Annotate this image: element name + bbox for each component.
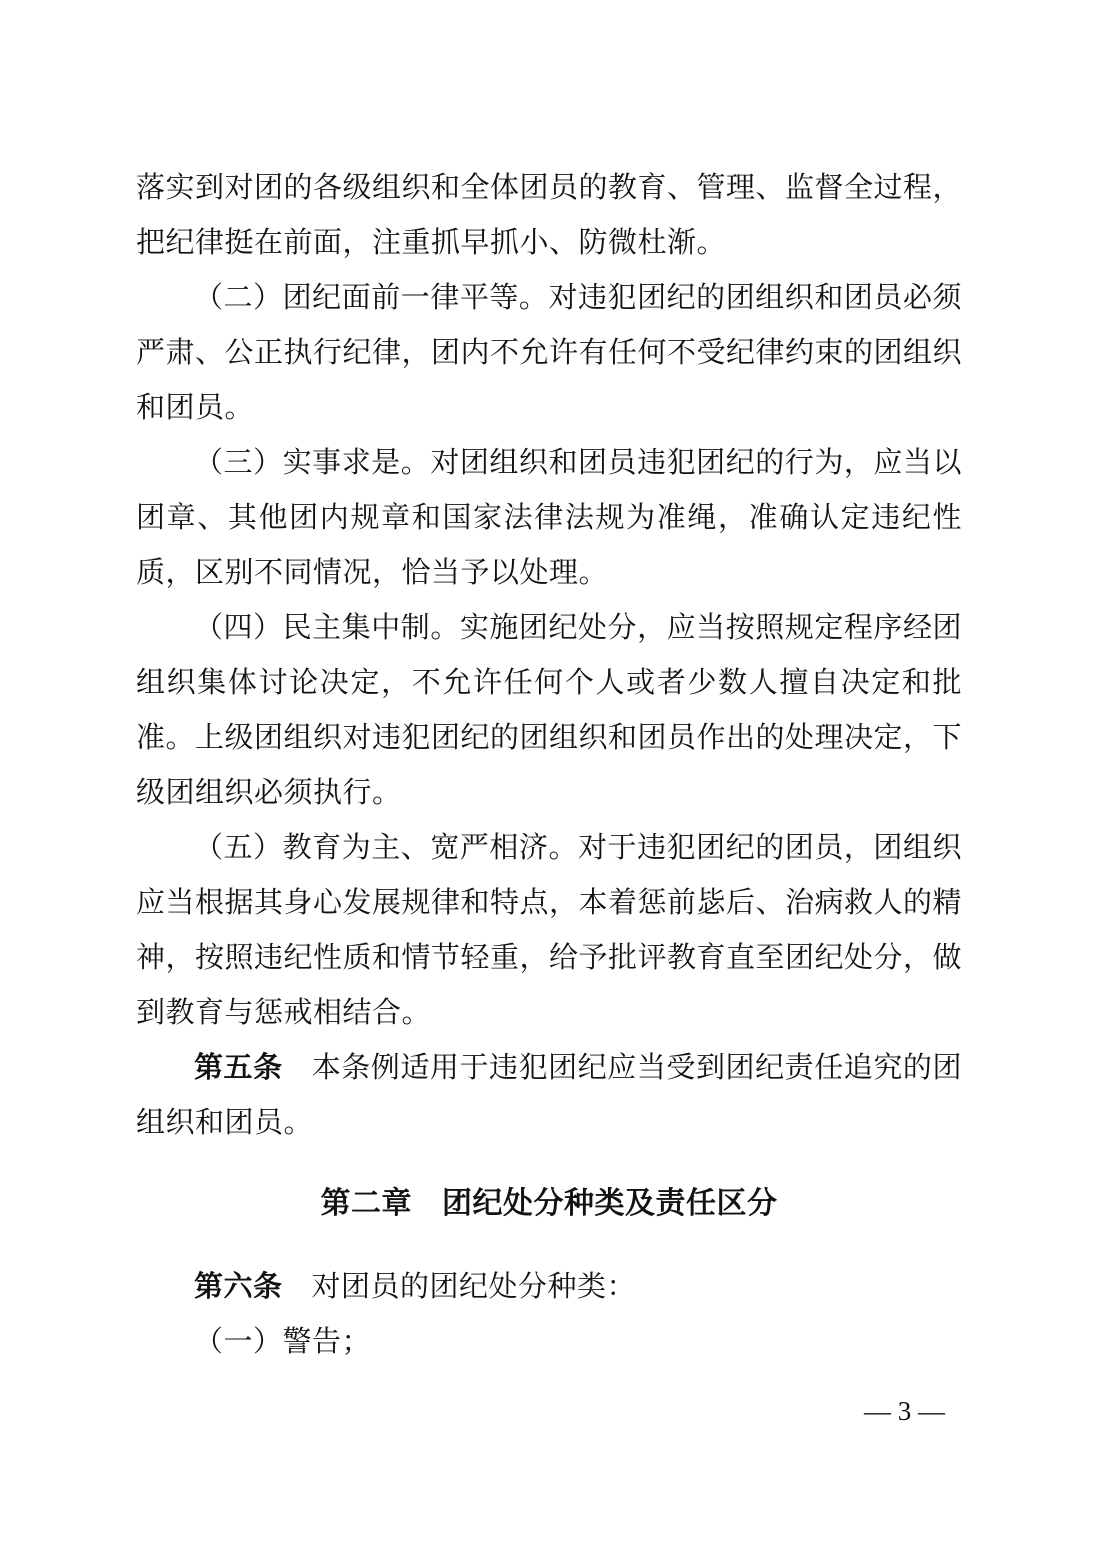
chapter-heading: 第二章团纪处分种类及责任区分 xyxy=(136,1176,962,1231)
body-paragraph-item-4: （四）民主集中制。实施团纪处分，应当按照规定程序经团组织集体讨论决定，不允许任何… xyxy=(136,601,962,821)
article-text: 对团员的团纪处分种类： xyxy=(312,1271,637,1303)
article-paragraph-6: 第六条对团员的团纪处分种类： xyxy=(136,1260,962,1315)
page-number: — 3 — xyxy=(864,1395,945,1427)
chapter-title: 团纪处分种类及责任区分 xyxy=(442,1187,778,1220)
body-paragraph-item-3: （三）实事求是。对团组织和团员违犯团纪的行为，应当以团章、其他团内规章和国家法律… xyxy=(136,436,962,601)
chapter-number: 第二章 xyxy=(321,1187,413,1220)
body-paragraph-item-2: （二）团纪面前一律平等。对违犯团纪的团组织和团员必须严肃、公正执行纪律，团内不允… xyxy=(136,271,962,436)
article-number: 第五条 xyxy=(194,1052,283,1084)
article-paragraph-5: 第五条本条例适用于违犯团纪应当受到团纪责任追究的团组织和团员。 xyxy=(136,1041,962,1151)
body-paragraph-item-1: （一）警告； xyxy=(136,1315,962,1370)
document-body: 落实到对团的各级组织和全体团员的教育、管理、监督全过程，把纪律挺在前面，注重抓早… xyxy=(136,161,962,1370)
body-paragraph-continuation: 落实到对团的各级组织和全体团员的教育、管理、监督全过程，把纪律挺在前面，注重抓早… xyxy=(136,161,962,271)
document-page: 落实到对团的各级组织和全体团员的教育、管理、监督全过程，把纪律挺在前面，注重抓早… xyxy=(0,0,1102,1559)
body-paragraph-item-5: （五）教育为主、宽严相济。对于违犯团纪的团员，团组织应当根据其身心发展规律和特点… xyxy=(136,821,962,1041)
article-number: 第六条 xyxy=(194,1271,283,1303)
